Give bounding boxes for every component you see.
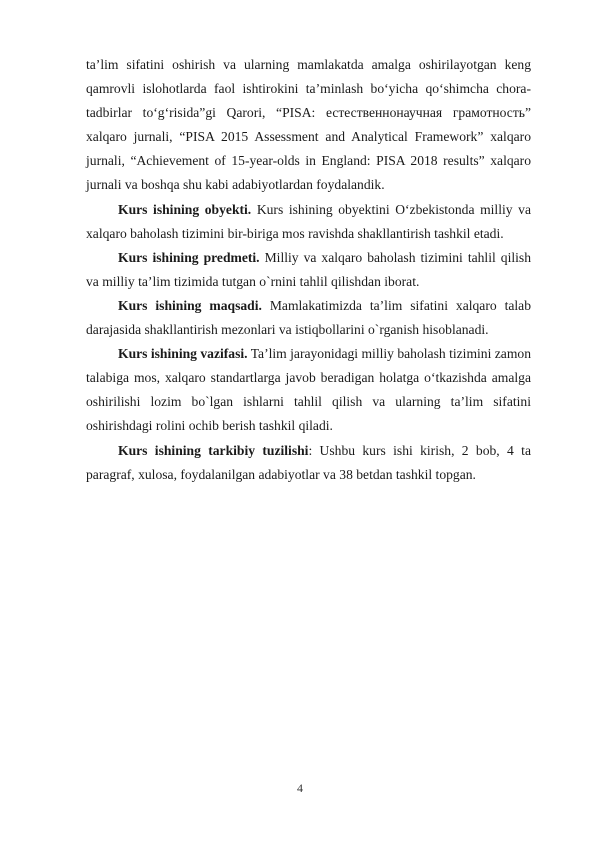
paragraph-goal: Kurs ishining maqsadi. Mamlakatimizda ta… — [86, 294, 531, 342]
page-number: 4 — [0, 781, 600, 796]
paragraph-lead: Kurs ishining tarkibiy tuzilishi — [118, 443, 308, 458]
paragraph-tasks: Kurs ishining vazifasi. Ta’lim jarayonid… — [86, 342, 531, 438]
paragraph-intro-continuation: ta’lim sifatini oshirish va ularning mam… — [86, 53, 531, 198]
paragraph-lead: Kurs ishining predmeti. — [118, 250, 260, 265]
paragraph-text: ta’lim sifatini oshirish va ularning mam… — [86, 57, 531, 192]
paragraph-structure: Kurs ishining tarkibiy tuzilishi: Ushbu … — [86, 439, 531, 487]
paragraph-lead: Kurs ishining maqsadi. — [118, 298, 262, 313]
paragraph-lead: Kurs ishining vazifasi. — [118, 346, 248, 361]
paragraph-lead: Kurs ishining obyekti. — [118, 202, 251, 217]
paragraph-subject: Kurs ishining predmeti. Milliy va xalqar… — [86, 246, 531, 294]
paragraph-object: Kurs ishining obyekti. Kurs ishining oby… — [86, 198, 531, 246]
document-body: ta’lim sifatini oshirish va ularning mam… — [86, 53, 531, 487]
